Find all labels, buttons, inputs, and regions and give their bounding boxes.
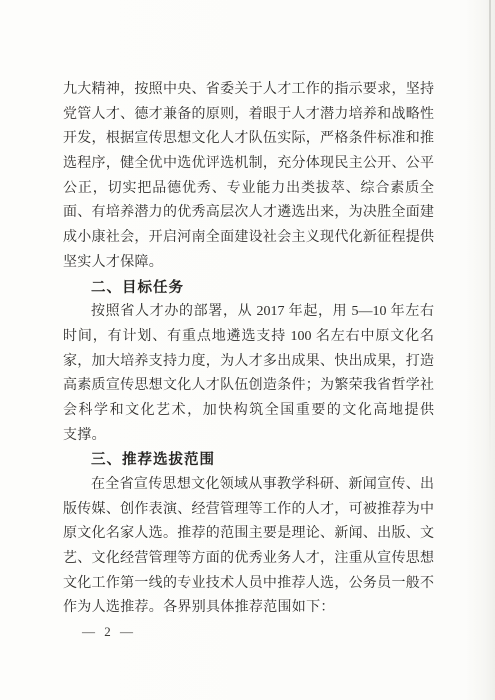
document-line: 版传媒、创作表演、经营管理等工作的人才，可被推荐为中 [63, 498, 434, 523]
document-line: 家，加大培养支持力度，为人才多出成果、快出成果，打造 [63, 350, 434, 375]
document-line: 九大精神，按照中央、省委关于人才工作的指示要求，坚持 [63, 78, 434, 103]
document-line: 作为人选推荐。各界别具体推荐范围如下： [63, 596, 434, 621]
document-line: 按照省人才办的部署，从 2017 年起，用 5—10 年左右 [63, 300, 434, 325]
scan-edge-shadow [489, 0, 491, 470]
document-line: 时间，有计划、有重点地遴选支持 100 名左右中原文化名 [63, 325, 434, 350]
document-line: 坚实人才保障。 [63, 251, 434, 276]
section-heading-recommendation-scope: 三、推荐选拔范围 [63, 448, 434, 473]
document-line: 原文化名家人选。推荐的范围主要是理论、新闻、出版、文 [63, 522, 434, 547]
document-body: 九大精神，按照中央、省委关于人才工作的指示要求，坚持 党管人才、德才兼备的原则，… [63, 78, 434, 621]
document-line: 会科学和文化艺术，加快构筑全国重要的文化高地提供 [63, 399, 434, 424]
document-line: 开发，根据宣传思想文化人才队伍实际，严格条件标准和推 [63, 127, 434, 152]
document-line: 成小康社会，开启河南全面建设社会主义现代化新征程提供 [63, 226, 434, 251]
document-line: 在全省宣传思想文化领域从事教学科研、新闻宣传、出 [63, 473, 434, 498]
document-line: 文化工作第一线的专业技术人员中推荐人选，公务员一般不 [63, 572, 434, 597]
document-line: 艺、文化经营管理等方面的优秀业务人才，注重从宣传思想 [63, 547, 434, 572]
document-line: 支撑。 [63, 424, 434, 449]
document-page: 九大精神，按照中央、省委关于人才工作的指示要求，坚持 党管人才、德才兼备的原则，… [0, 0, 495, 700]
document-line: 选程序，健全优中选优评选机制，充分体现民主公开、公平 [63, 152, 434, 177]
document-line: 面、有培养潜力的优秀高层次人才遴选出来，为决胜全面建 [63, 201, 434, 226]
document-line: 公正，切实把品德优秀、专业能力出类拔萃、综合素质全 [63, 177, 434, 202]
page-number: — 2 — [82, 624, 136, 640]
document-line: 党管人才、德才兼备的原则，着眼于人才潜力培养和战略性 [63, 103, 434, 128]
section-heading-goals: 二、目标任务 [63, 276, 434, 301]
document-line: 高素质宣传思想文化人才队伍创造条件；为繁荣我省哲学社 [63, 374, 434, 399]
